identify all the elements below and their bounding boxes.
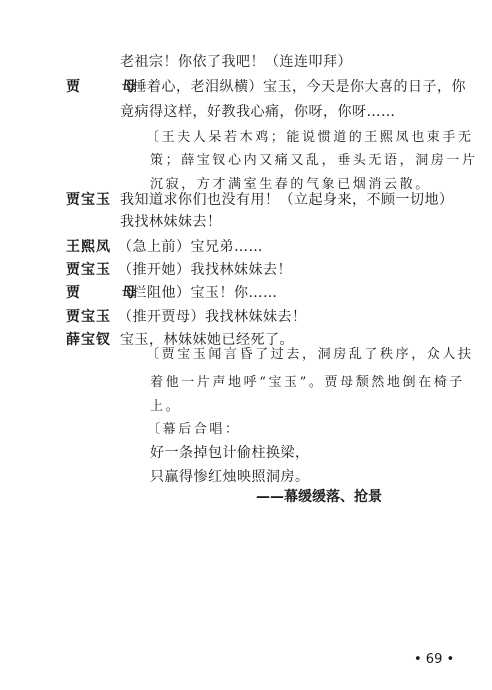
stage-direction: 上。 xyxy=(150,399,181,415)
stage-direction: 沉寂，方才满室生春的气象已烟消云散。 xyxy=(150,177,431,193)
stage-direction: 着他一片声地呼“宝玉”。贾母颓然地倒在椅子 xyxy=(150,375,465,391)
dialogue-line: 宝玉，林妹妹她已经死了。 xyxy=(120,332,294,348)
curtain-direction: ——幕缓缓落、抢景 xyxy=(256,489,382,505)
dialogue-line: （捶着心，老泪纵横）宝玉，今天是你大喜的日子，你 xyxy=(118,79,466,95)
speaker-label: 贾宝玉 xyxy=(66,309,111,325)
speaker-label: 贾宝玉 xyxy=(66,192,111,208)
offstage-chorus-heading: 〔幕后合唱： xyxy=(147,422,241,438)
speaker-label: 王熙凤 xyxy=(66,239,111,255)
speaker-label: 贾宝玉 xyxy=(66,262,111,278)
stage-direction: 策；薛宝钗心内又痛又乱，垂头无语，洞房一片 xyxy=(150,153,478,169)
dialogue-line: （急上前）宝兄弟…… xyxy=(118,239,263,255)
speaker-label: 薛宝钗 xyxy=(66,332,111,348)
dialogue-line: 我知道求你们也没有用！（立起身来，不顾一切地） xyxy=(120,192,454,208)
dialogue-line: （推开贾母）我找林妹妹去！ xyxy=(118,309,307,325)
stage-direction: 〔贾宝玉闻言昏了过去，洞房乱了秩序，众人扶 xyxy=(146,347,474,363)
dialogue-line: （拦阻他）宝玉！你…… xyxy=(118,285,278,301)
dialogue-line: 竟病得这样，好教我心痛，你呀，你呀…… xyxy=(120,104,396,120)
page-number: • 69 • xyxy=(414,652,454,668)
dialogue-line: （推开她）我找林妹妹去！ xyxy=(118,262,292,278)
lyric-line: 只赢得惨红烛映照洞房。 xyxy=(150,469,310,485)
dialogue-line: 我找林妹妹去！ xyxy=(120,214,222,230)
stage-direction: 〔王夫人呆若木鸡；能说惯道的王熙凤也束手无 xyxy=(146,130,474,146)
lyric-line: 好一条掉包计偷柱换梁， xyxy=(150,445,310,461)
dialogue-line: 老祖宗！你依了我吧！（连连叩拜） xyxy=(120,54,352,70)
